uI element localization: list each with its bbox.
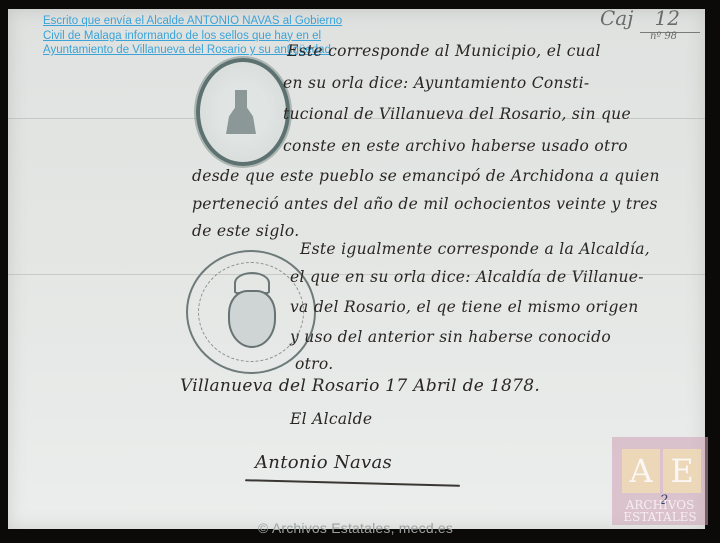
reference-label: Caj [600, 6, 633, 30]
logo-name: ARCHIVOS ESTATALES [612, 499, 708, 523]
manuscript-line: desde que este pueblo se emancipó de Arc… [192, 167, 660, 185]
castle-tower-icon [226, 90, 256, 134]
manuscript-line: Este igualmente corresponde a la Alcaldí… [300, 240, 650, 258]
municipal-seal-stamp [196, 58, 290, 166]
manuscript-line: perteneció antes del año de mil ochocien… [192, 195, 658, 213]
signature: Antonio Navas [255, 452, 392, 473]
manuscript-line: va del Rosario, el qe tiene el mismo ori… [290, 298, 638, 316]
manuscript-line: Este corresponde al Municipio, el cual [287, 42, 601, 60]
logo-letter-a: A [622, 449, 660, 493]
archivos-estatales-logo: A E 2 ARCHIVOS ESTATALES [612, 437, 708, 525]
coat-of-arms-icon [228, 290, 276, 348]
manuscript-line: y uso del anterior sin haberse conocido [290, 328, 611, 346]
archive-reference: Caj 12 nº 98 [600, 6, 680, 30]
manuscript-line: el que en su orla dice: Alcaldía de Vill… [290, 268, 644, 286]
reference-sub: nº 98 [650, 31, 677, 42]
manuscript-line: conste en este archivo haberse usado otr… [283, 137, 628, 155]
logo-letter-e: E [663, 449, 701, 493]
manuscript-line: otro. [295, 355, 333, 373]
manuscript-line: tucional de Villanueva del Rosario, sin … [283, 105, 631, 123]
signatory-title: El Alcalde [290, 410, 372, 428]
manuscript-line: en su orla dice: Ayuntamiento Consti- [283, 74, 589, 92]
place-date-line: Villanueva del Rosario 17 Abril de 1878. [180, 376, 540, 396]
manuscript-line: de este siglo. [192, 222, 299, 240]
copyright-watermark: © Archivos Estatales, mecd.es [258, 520, 453, 536]
reference-number: 12 [655, 6, 680, 30]
